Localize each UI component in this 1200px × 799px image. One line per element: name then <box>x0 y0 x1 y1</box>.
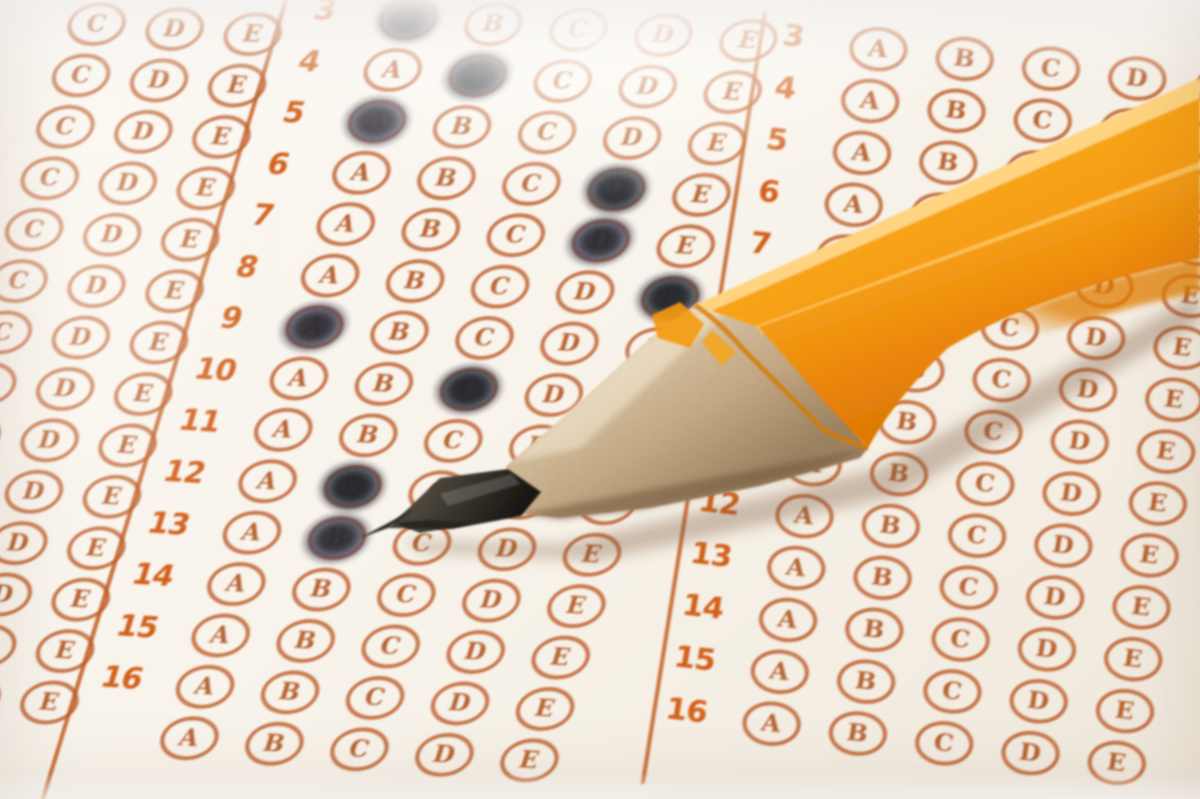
bubble-letter: D <box>571 279 599 304</box>
bubble-letter: A <box>809 399 832 425</box>
bubble-letter: B <box>927 201 951 227</box>
question-number: 8 <box>204 248 288 287</box>
answer-bubble: D <box>1088 156 1153 207</box>
bubble-letter: A <box>223 571 249 595</box>
bubble-letter: E <box>1187 231 1200 257</box>
bubble-letter: C <box>83 11 109 36</box>
answer-bubble: B <box>364 308 434 355</box>
answer-bubble: C <box>14 154 84 201</box>
answer-bubble: D <box>0 570 37 617</box>
bubble-letter: E <box>1105 750 1127 776</box>
answer-bubble: E <box>1100 633 1165 684</box>
answer-bubble: B <box>348 360 418 407</box>
bubble-letter: C <box>502 222 528 247</box>
answer-bubble: B <box>891 293 956 344</box>
bubble-letter: B <box>354 423 381 448</box>
question-number: 15 <box>95 608 179 647</box>
bubble-letter: A <box>270 417 296 441</box>
answer-bubble: C <box>1002 147 1067 198</box>
answer-bubble: C <box>30 103 100 150</box>
bubble-letter: E <box>146 330 171 354</box>
answer-bubble: E <box>494 736 564 783</box>
answer-bubble: A <box>755 594 820 645</box>
bubble-letter: E <box>688 182 713 206</box>
question-number: 4 <box>745 67 826 110</box>
answer-bubble: E <box>1117 530 1182 581</box>
answer-bubble: C <box>449 314 519 361</box>
answer-bubble: A <box>170 663 240 710</box>
bubble-letter: A <box>776 607 799 633</box>
bubble-letter: D <box>555 331 583 356</box>
answer-bubble: C <box>0 308 38 355</box>
answer-bubble: A <box>788 386 853 437</box>
bubble-letter: D <box>0 582 16 607</box>
bubble-letter: B <box>862 616 886 642</box>
bubble-letter: C <box>5 268 31 293</box>
bubble-letter: B <box>845 720 869 746</box>
bubble-letter: A <box>208 623 234 647</box>
bubble-letter: E <box>548 645 573 669</box>
bubble-letter: C <box>0 320 16 345</box>
bubble-letter: C <box>957 574 980 600</box>
bubble-letter: C <box>949 626 972 652</box>
answer-bubble: B <box>866 448 931 499</box>
answer-bubble: D <box>124 56 194 103</box>
answer-bubble: C <box>944 510 1009 561</box>
bubble-letter: D <box>1075 376 1100 402</box>
answer-bubble: D <box>108 108 178 155</box>
answer-bubble: D <box>518 371 588 418</box>
bubble-letter: E <box>115 433 140 457</box>
bubble-letter: D <box>1034 636 1059 662</box>
answer-bubble: D <box>30 365 100 412</box>
bubble-letter: C <box>471 325 497 350</box>
question-number: 5 <box>251 94 335 133</box>
bubble-letter: C <box>1039 55 1062 81</box>
bubble-letter: D <box>461 639 489 664</box>
bubble-letter: D <box>113 170 141 195</box>
pencil-mark <box>272 297 356 356</box>
answer-bubble: D <box>487 474 557 521</box>
bubble-letter: D <box>524 434 552 459</box>
answer-bubble: D <box>0 673 6 720</box>
bubble-letter: C <box>424 479 450 504</box>
question-number: 4 <box>267 42 351 81</box>
bubble-letter: A <box>254 468 280 492</box>
bubble-letter: E <box>177 227 202 251</box>
question-number: 9 <box>704 326 785 369</box>
bubble-letter: E <box>193 176 218 200</box>
question-number: 9 <box>189 299 273 338</box>
question-number: 11 <box>157 402 241 441</box>
bubble-letter: A <box>348 160 374 184</box>
bubble-letter: B <box>276 680 303 705</box>
bubble-letter: D <box>145 68 173 93</box>
answer-bubble: C <box>324 725 394 772</box>
answer-bubble: C <box>920 666 985 717</box>
bubble-letter: A <box>785 555 808 581</box>
bubble-letter: B <box>886 461 910 487</box>
bubble-letter: C <box>487 274 513 299</box>
answer-bubble: A <box>739 698 804 749</box>
bubble-letter: E <box>1179 283 1200 309</box>
answer-bubble: A <box>780 438 845 489</box>
bubble-letter: B <box>417 217 444 242</box>
bubble-letter: A <box>801 451 824 477</box>
bubble-letter: D <box>540 382 568 407</box>
answer-bubble: E <box>510 685 580 732</box>
answer-bubble: C <box>355 622 425 669</box>
bubble-letter: E <box>1138 542 1160 568</box>
question-number: 12 <box>679 482 760 525</box>
answer-bubble: A <box>232 457 302 504</box>
bubble-letter: B <box>370 371 397 396</box>
question-number: 6 <box>728 171 809 214</box>
bubble-letter: D <box>1100 221 1125 247</box>
answer-bubble: B <box>427 103 497 150</box>
answer-bubble: E <box>1158 270 1200 321</box>
answer-bubble: D <box>1096 105 1161 156</box>
answer-bubble: E <box>1133 426 1198 477</box>
bubble-letter: B <box>936 149 960 175</box>
bubble-letter: C <box>565 17 591 42</box>
bubble-letter: B <box>944 97 968 123</box>
bubble-letter: A <box>768 658 791 684</box>
answer-bubble: E <box>557 531 627 578</box>
answer-bubble: A <box>295 251 365 298</box>
answer-bubble: B <box>333 411 403 458</box>
answer-bubble: D <box>597 114 667 161</box>
question-number: 13 <box>126 505 210 544</box>
question-number: 16 <box>646 690 727 733</box>
bubble-letter: C <box>998 315 1021 341</box>
pencil-mark <box>294 509 379 566</box>
bubble-letter: B <box>895 409 919 435</box>
bubble-letter: D <box>1083 325 1108 351</box>
bubble-letter: A <box>317 263 343 287</box>
answer-bubble: E <box>619 325 689 372</box>
answer-bubble: C <box>418 417 488 464</box>
bubble-letter: E <box>626 388 651 412</box>
answer-bubble: A <box>201 560 271 607</box>
answer-bubble: C <box>977 302 1042 353</box>
bubble-letter: A <box>850 140 873 166</box>
bubble-letter: B <box>307 577 334 602</box>
answer-bubble: B <box>395 205 465 252</box>
bubble-letter: C <box>973 470 996 496</box>
answer-bubble: C <box>928 614 993 665</box>
bubble-letter: D <box>633 74 661 99</box>
answer-bubble: B <box>825 708 890 759</box>
bubble-letter: A <box>842 191 865 217</box>
answer-bubble: A <box>326 149 396 196</box>
bubble-letter: A <box>826 295 849 321</box>
answer-bubble: B <box>458 0 528 47</box>
bubble-letter: D <box>51 376 79 401</box>
question-number: 15 <box>654 638 735 681</box>
question-number: 12 <box>142 453 226 492</box>
answer-bubble: C <box>527 57 597 104</box>
answer-bubble: B <box>874 396 939 447</box>
bubble-letter: A <box>286 366 312 390</box>
answer-bubble: E <box>1084 737 1149 788</box>
bubble-letter: B <box>401 268 428 293</box>
answer-bubble: C <box>512 108 582 155</box>
answer-bubble: B <box>924 85 989 136</box>
bubble-letter: B <box>919 253 943 279</box>
answer-bubble: A <box>846 23 911 74</box>
bubble-letter: E <box>1122 646 1144 672</box>
answer-bubble: B <box>286 565 356 612</box>
answer-bubble: C <box>969 354 1034 405</box>
bubble-letter: D <box>1067 428 1092 454</box>
answer-bubble: D <box>14 416 84 463</box>
bubble-letter: E <box>208 124 233 148</box>
bubble-letter: E <box>1163 386 1185 412</box>
answer-bubble: D <box>1006 675 1071 726</box>
answer-bubble: E <box>1174 166 1200 217</box>
bubble-letter: E <box>52 638 77 662</box>
answer-bubble: E <box>666 171 736 218</box>
question-number: 10 <box>173 351 257 390</box>
answer-bubble: C <box>480 211 550 258</box>
answer-bubble: D <box>0 519 53 566</box>
bubble-letter: D <box>1051 532 1076 558</box>
answer-bubble: D <box>1039 468 1104 519</box>
bubble-letter: D <box>493 536 521 561</box>
answer-bubble: B <box>239 720 309 767</box>
answer-bubble: D <box>550 268 620 315</box>
answer-bubble: A <box>813 231 878 282</box>
bubble-letter: E <box>720 79 745 103</box>
question-number: 16 <box>79 659 163 698</box>
answer-bubble: D <box>77 210 147 257</box>
question-number: 14 <box>662 586 743 629</box>
bubble-letter: C <box>940 678 963 704</box>
answer-bubble: A <box>357 46 427 93</box>
bubble-letter: C <box>932 730 955 756</box>
bubble-letter: A <box>176 725 202 749</box>
bubble-letter: A <box>817 347 840 373</box>
answer-bubble: C <box>402 468 472 515</box>
answer-bubble: D <box>472 525 542 572</box>
answer-bubble: D <box>503 422 573 469</box>
answer-bubble: C <box>952 458 1017 509</box>
answer-bubble: D <box>456 576 526 623</box>
answer-bubble: E <box>1092 685 1157 736</box>
answer-bubble: D <box>1055 364 1120 415</box>
bubble-letter: B <box>911 305 935 331</box>
answer-bubble: A <box>821 179 886 230</box>
bubble-letter: A <box>793 503 816 529</box>
answer-bubble: E <box>525 633 595 680</box>
bubble-letter: D <box>1116 117 1141 143</box>
answer-bubble: C <box>0 411 6 458</box>
bubble-letter: E <box>610 439 635 463</box>
bubble-letter: E <box>641 336 666 360</box>
answer-bubble: D <box>1072 260 1137 311</box>
question-number: 14 <box>111 556 195 595</box>
answer-bubble: D <box>0 468 69 515</box>
bubble-letter: B <box>479 11 506 36</box>
bubble-letter: D <box>129 119 157 144</box>
answer-bubble: E <box>1141 374 1200 425</box>
bubble-letter: C <box>346 737 372 762</box>
answer-bubble: B <box>833 656 898 707</box>
answer-bubble: C <box>1010 95 1075 146</box>
answer-bubble: E <box>588 428 658 475</box>
answer-bubble: C <box>496 160 566 207</box>
bubble-letter: E <box>516 748 541 772</box>
answer-bubble: D <box>1063 312 1128 363</box>
bubble-letter: A <box>834 243 857 269</box>
answer-bubble: A <box>805 283 870 334</box>
answer-bubble: C <box>46 51 116 98</box>
bubble-letter: D <box>649 22 677 47</box>
answer-bubble: B <box>858 500 923 551</box>
answer-bubble: A <box>248 406 318 453</box>
answer-bubble: B <box>255 668 325 715</box>
bubble-letter: D <box>0 633 1 658</box>
pencil-mark <box>625 265 716 328</box>
pencil-mark <box>331 89 422 153</box>
answer-bubble: C <box>961 406 1026 457</box>
answer-bubble: C <box>936 562 1001 613</box>
answer-bubble: A <box>837 75 902 126</box>
answer-bubble: E <box>541 582 611 629</box>
bubble-letter: C <box>393 582 419 607</box>
bubble-letter: C <box>440 428 466 453</box>
bubble-letter: E <box>1196 179 1200 205</box>
bubble-letter: C <box>68 63 94 88</box>
answer-bubble: D <box>440 628 510 675</box>
pencil-mark <box>362 0 455 52</box>
answer-bubble: A <box>829 127 894 178</box>
bubble-letter: C <box>982 419 1005 445</box>
bubble-letter: C <box>377 634 403 659</box>
bubble-letter: B <box>952 45 976 71</box>
question-number: 8 <box>712 274 793 317</box>
question-number: 3 <box>283 0 367 29</box>
light-wash <box>0 773 1200 799</box>
answer-bubble: E <box>1109 581 1174 632</box>
pencil-mark <box>424 358 514 420</box>
bubble-letter: D <box>20 479 48 504</box>
answer-bubble: C <box>387 519 457 566</box>
bubble-letter: C <box>1031 107 1054 133</box>
answer-bubble: D <box>0 622 22 669</box>
question-number: 7 <box>720 223 801 266</box>
answer-bubble: E <box>1150 322 1200 373</box>
answer-bubble: C <box>543 5 613 52</box>
bubble-letter: C <box>1014 211 1037 237</box>
answer-bubble: D <box>61 262 131 309</box>
answer-bubble: B <box>932 33 997 84</box>
bubble-letter: E <box>36 690 61 714</box>
bubble-letter: A <box>333 211 359 235</box>
bubble-letter: E <box>1171 334 1193 360</box>
bubble-letter: E <box>83 535 108 559</box>
answer-bubble: C <box>371 571 441 618</box>
bubble-letter: B <box>870 564 894 590</box>
bubble-letter: B <box>854 668 878 694</box>
bubble-letter: E <box>240 21 265 45</box>
bubble-letter: A <box>760 710 783 736</box>
question-number: 6 <box>236 145 320 184</box>
bubble-letter: B <box>448 114 475 139</box>
answer-bubble: C <box>465 262 535 309</box>
bubble-letter: C <box>534 120 560 145</box>
bubble-letter: E <box>224 73 249 97</box>
answer-bubble: B <box>270 617 340 664</box>
answer-bubble: C <box>340 674 410 721</box>
answer-bubble: A <box>772 490 837 541</box>
bubble-letter: D <box>1018 740 1043 766</box>
answer-bubble: E <box>1166 218 1200 269</box>
bubble-letter: D <box>4 530 32 555</box>
bubble-letter: E <box>579 542 604 566</box>
answer-bubble: A <box>154 714 224 761</box>
bubble-letter: E <box>130 381 155 405</box>
answer-bubble: B <box>411 154 481 201</box>
answer-bubble: D <box>92 159 162 206</box>
bubble-letter: D <box>430 742 458 767</box>
bubble-letter: E <box>1155 438 1177 464</box>
bubble-letter: D <box>1108 169 1133 195</box>
bubble-letter: D <box>160 16 188 41</box>
bubble-letter: D <box>508 485 536 510</box>
bubble-letter: E <box>532 696 557 720</box>
answer-bubble: D <box>612 62 682 109</box>
bubble-letter: A <box>239 520 265 544</box>
answer-bubble: B <box>380 257 450 304</box>
bubble-letter: E <box>161 278 186 302</box>
bubble-letter: C <box>36 165 62 190</box>
bubble-letter: E <box>1113 698 1135 724</box>
bubble-letter: B <box>878 512 902 538</box>
answer-bubble: E <box>1125 478 1190 529</box>
bubble-letter: C <box>409 531 435 556</box>
answer-bubble: C <box>1018 43 1083 94</box>
bubble-letter: E <box>563 593 588 617</box>
answer-bubble: E <box>1183 114 1200 165</box>
bubble-letter: B <box>292 628 319 653</box>
bubble-letter: A <box>192 674 218 698</box>
answer-bubble: D <box>425 679 495 726</box>
answer-bubble: C <box>61 0 131 47</box>
bubble-letter: D <box>98 222 126 247</box>
photo-answer-sheet: CDECDECDECDECDECDECDECDECDECDECDECDECDEC… <box>0 0 1200 799</box>
answer-bubble: D <box>409 731 479 778</box>
answer-bubble: D <box>1014 623 1079 674</box>
question-number: 7 <box>220 196 304 235</box>
answer-bubble: D <box>1080 208 1145 259</box>
question-number: 13 <box>671 534 752 577</box>
answer-bubble: C <box>0 257 53 304</box>
pencil-mark <box>306 453 398 519</box>
answer-bubble: B <box>907 189 972 240</box>
bubble-letter: E <box>1146 490 1168 516</box>
bubble-letter: D <box>477 588 505 613</box>
bubble-letter: A <box>867 36 890 62</box>
question-number: 5 <box>736 119 817 162</box>
bubble-letter: A <box>858 88 881 114</box>
answer-bubble: A <box>310 200 380 247</box>
bubble-letter: B <box>385 320 412 345</box>
answer-bubble: A <box>263 354 333 401</box>
answer-bubble: C <box>0 205 69 252</box>
answer-bubble: D <box>45 313 115 360</box>
